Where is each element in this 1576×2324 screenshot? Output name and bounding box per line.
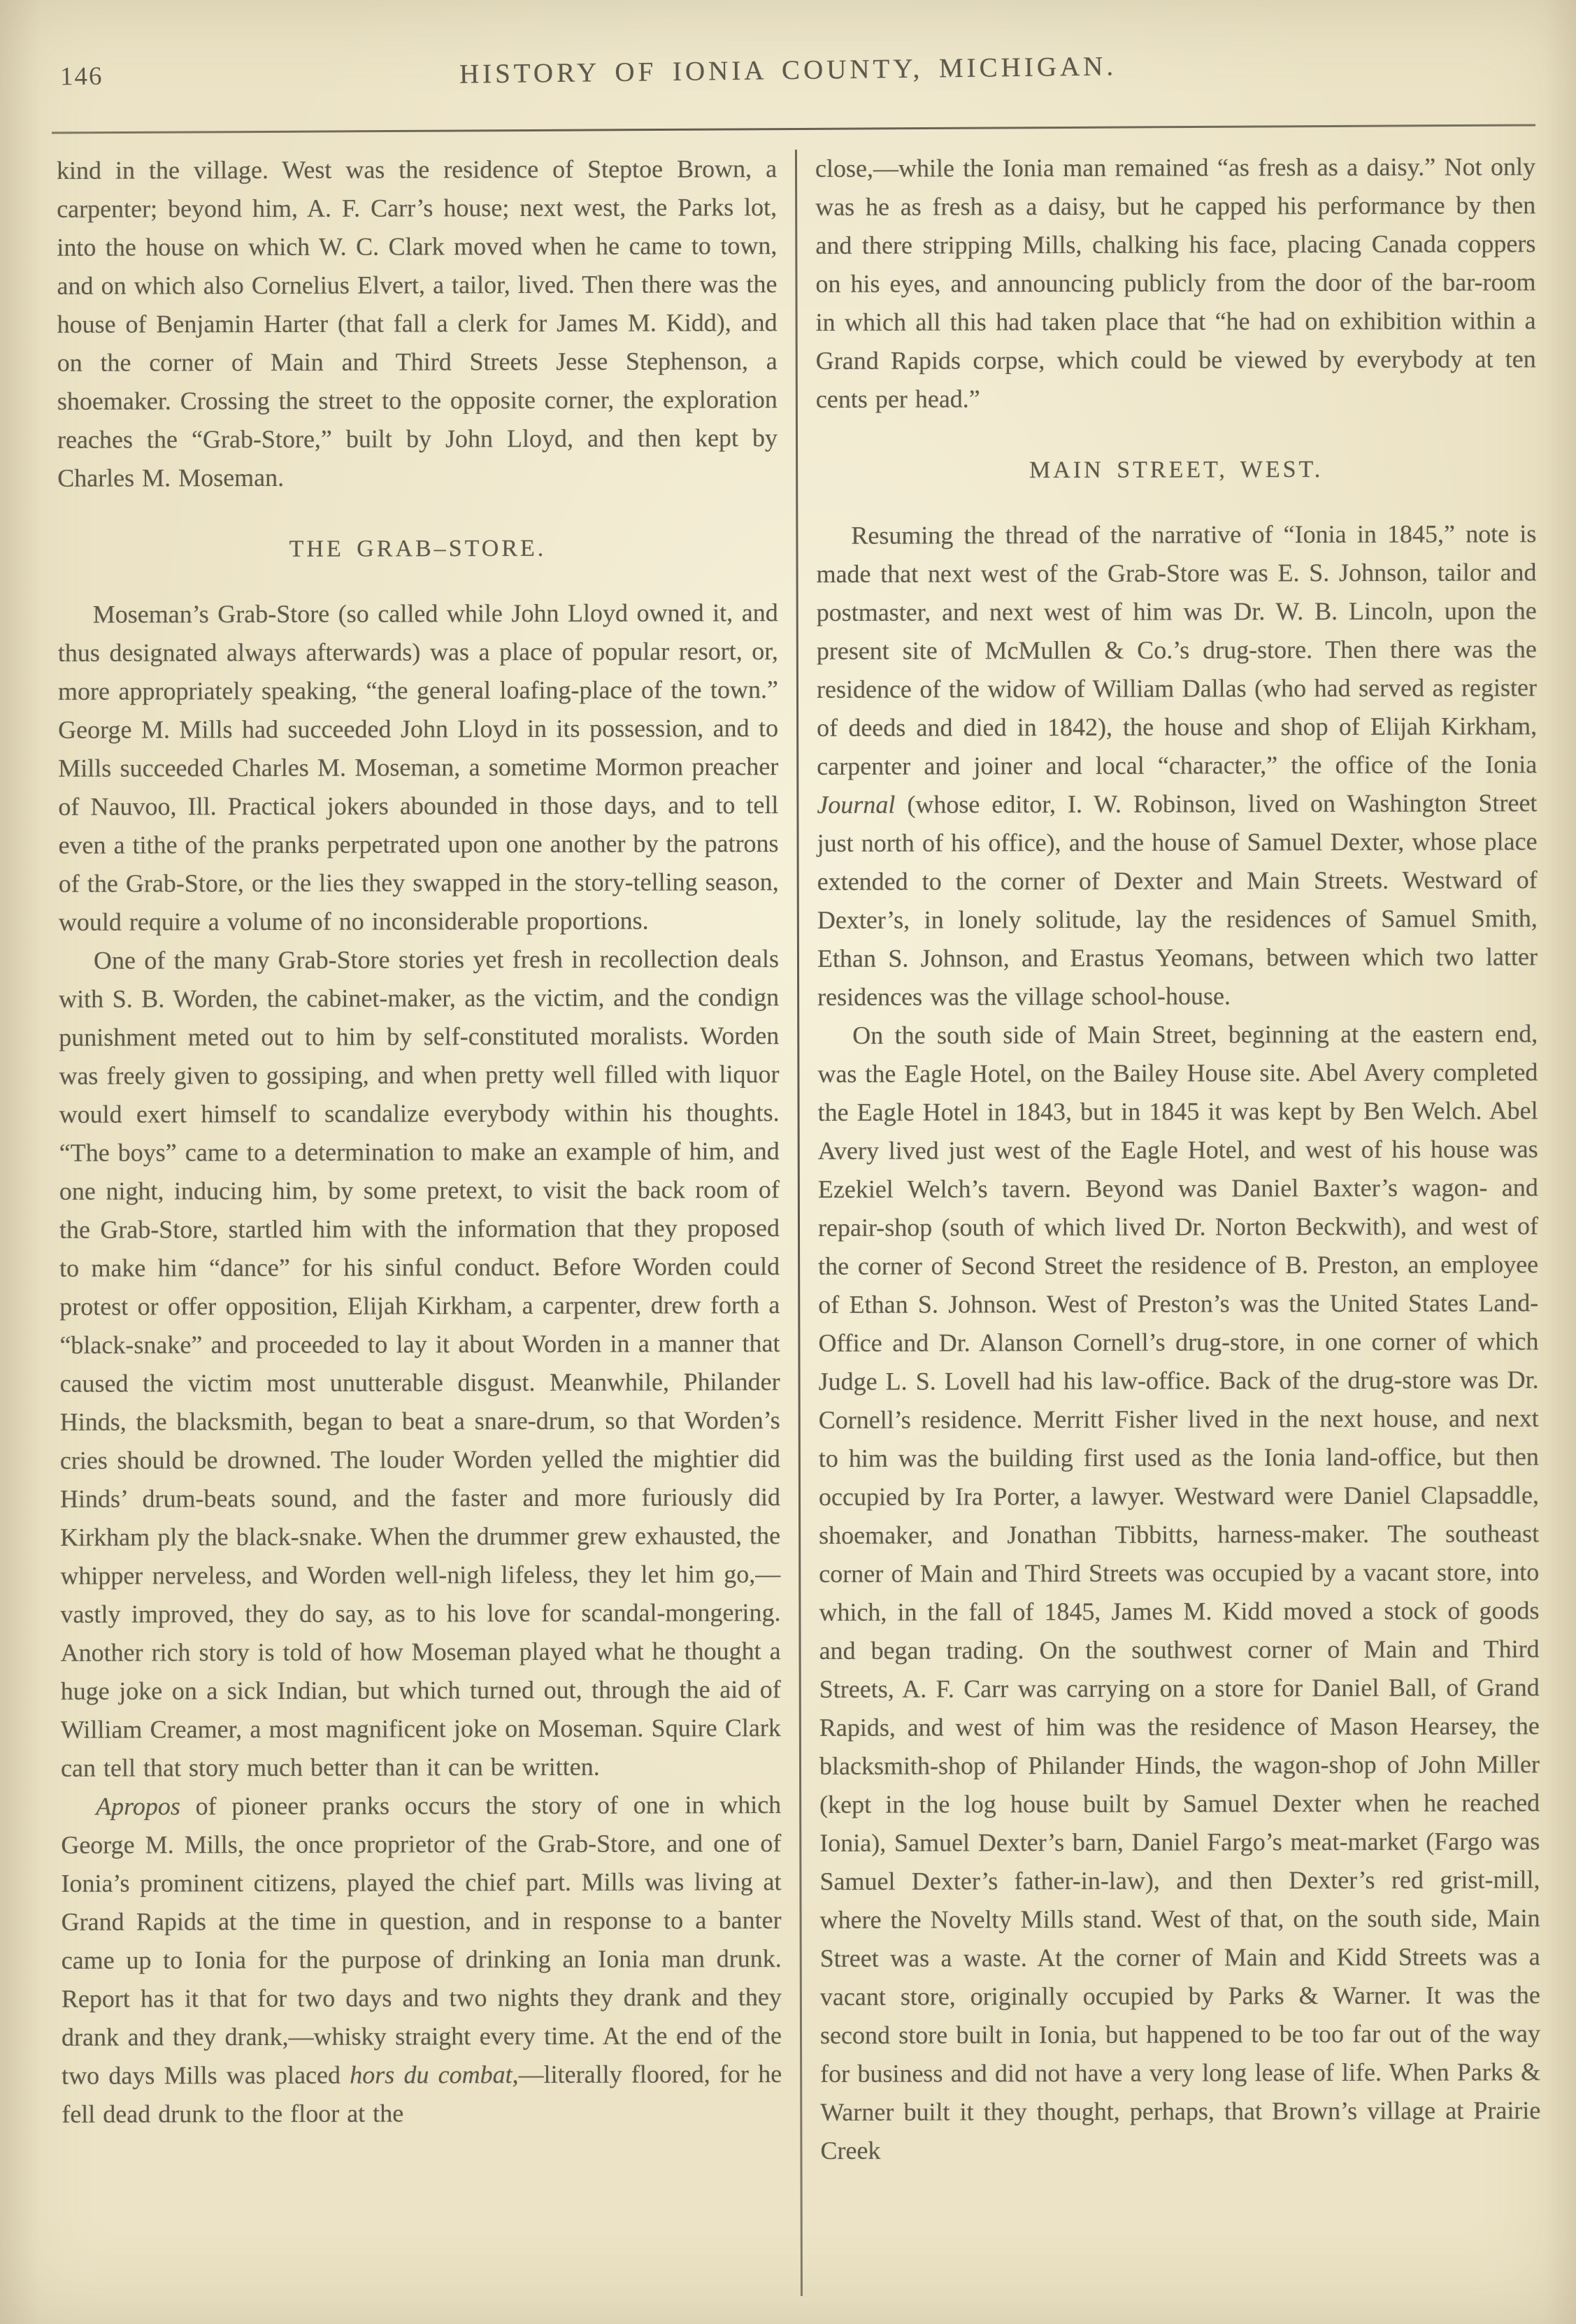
text-segment: One of the many Grab-Store stories yet f… <box>59 945 781 1782</box>
paragraph: Apropos of pioneer pranks occurs the sto… <box>61 1786 782 2134</box>
right-column: close,—while the Ionia man remained “as … <box>815 148 1541 2314</box>
text-segment: of pioneer pranks occurs the story of on… <box>61 1791 782 2090</box>
text-segment: (whose editor, I. W. Robinson, lived on … <box>817 789 1538 1011</box>
paragraph: close,—while the Ionia man remained “as … <box>815 148 1536 419</box>
paragraph: Moseman’s Grab-Store (so called while Jo… <box>58 594 779 942</box>
running-header-title: HISTORY OF IONIA COUNTY, MICHIGAN. <box>0 45 1576 96</box>
text-segment-italic: Journal <box>817 791 895 819</box>
text-segment: Moseman’s Grab-Store (so called while Jo… <box>58 598 779 936</box>
header-rule <box>52 124 1535 134</box>
text-segment: kind in the village. West was the reside… <box>57 155 778 492</box>
text-segment-italic: hors du combat <box>350 2060 513 2089</box>
section-heading-grab-store: THE GRAB–STORE. <box>57 535 778 564</box>
text-segment-italic: Apropos <box>96 1792 180 1820</box>
paragraph: On the south side of Main Street, beginn… <box>817 1014 1540 2170</box>
book-page: 146 HISTORY OF IONIA COUNTY, MICHIGAN. k… <box>0 0 1576 2324</box>
paragraph: Resuming the thread of the narrative of … <box>816 515 1538 1017</box>
paragraph: One of the many Grab-Store stories yet f… <box>59 940 781 1788</box>
column-divider <box>795 150 803 2296</box>
text-columns: kind in the village. West was the reside… <box>57 148 1541 2316</box>
text-segment: close,—while the Ionia man remained “as … <box>815 152 1536 413</box>
paragraph: kind in the village. West was the reside… <box>57 150 778 498</box>
text-segment: On the south side of Main Street, beginn… <box>817 1019 1540 2165</box>
section-heading-main-street-west: MAIN STREET, WEST. <box>816 456 1536 485</box>
text-segment: Resuming the thread of the narrative of … <box>816 519 1537 780</box>
left-column: kind in the village. West was the reside… <box>57 150 782 2316</box>
